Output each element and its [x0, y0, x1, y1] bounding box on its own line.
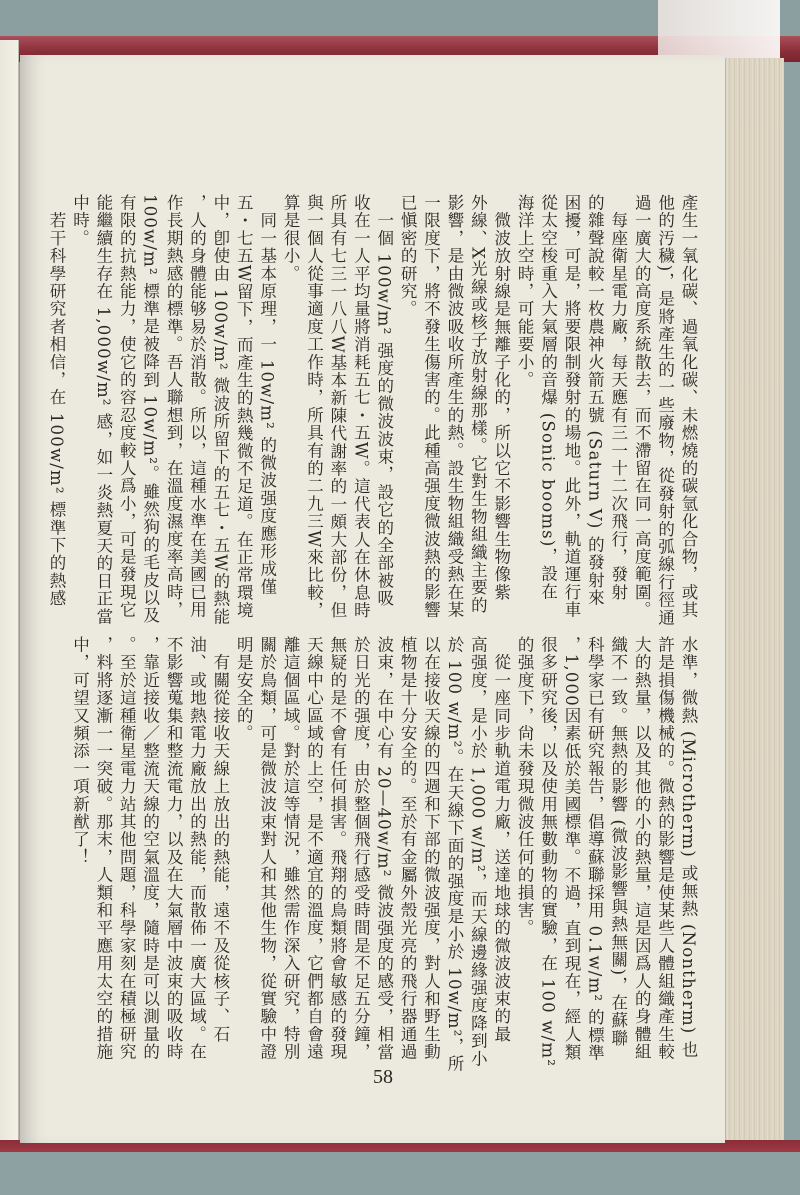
text-column: 產生一氧化碳、過氧化碳、未燃燒的碳氫化合物，或其 [677, 194, 700, 614]
text-column: 於 100 w/m²。在天線下面的强度是小於 10w/m²，所 [443, 636, 466, 1056]
text-column: 一限度下，將不發生傷害的。此種高强度微波熱的影響 [419, 194, 442, 614]
archival-tape [658, 0, 780, 62]
text-column: 織不一致。無熱的影響 (微波影響與熱無關)，在蘇聯 [606, 636, 629, 1056]
text-column: 外線、X光線或核子放射線那樣。它對生物組織主要的 [466, 194, 489, 614]
page-number: 58 [373, 1066, 393, 1089]
text-column: 有限的抗熱能力，使它的容忍度較人爲小，可是發現它 [115, 194, 138, 614]
text-column: 的强度下，尙未發現微波任何的損害。 [513, 636, 536, 1056]
text-column: ，靠近接收／整流天線的空氣溫度，隨時是可以測量的 [138, 636, 161, 1056]
text-column: 的雜聲說較一枚農神火箭五號 (Saturn V) 的發射來 [583, 194, 606, 614]
text-column: 所具有七三一八八W基本新陳代謝率的一頗大部份，但 [326, 194, 349, 614]
text-column: 大的熱量，以及其他的小的熱量，這是因爲人的身體組 [630, 636, 653, 1056]
text-column: 關於鳥類，可是微波波束對人和其他生物，從實驗中證 [255, 636, 278, 1056]
text-column: 波束，在中心有 20—40w/m² 微波强度的感受，相當 [372, 636, 395, 1056]
text-column: 無疑的是不會有任何損害。飛翔的鳥類將會敏感的發現 [326, 636, 349, 1056]
text-column: 很多研究後，以及使用無數動物的實驗，在 100 w/m² [536, 636, 559, 1056]
text-column: ，人的身體能够易於消散。所以，這種水準在美國已用 [185, 194, 208, 614]
text-column: 過一廣大的高度系統散去，而不滯留在同一高度範圍。 [630, 194, 653, 614]
text-column: 已愼密的研究。 [396, 194, 419, 614]
text-column: 從太空梭重入大氣層的音爆 (Sonic booms)，設在 [536, 194, 559, 614]
text-column: 以在接收天線的四週和下部的微波强度，對人和野生動 [419, 636, 442, 1056]
text-column: 科學家已有研究報告，倡導蘇聯採用 0.1w/m² 的標準 [583, 636, 606, 1056]
text-column: 油、或地熱電力廠放出的熱能，而散佈一廣大區域。在 [185, 636, 208, 1056]
facing-page-edge [0, 40, 19, 1140]
text-column: 海洋上空時，可能要小。 [513, 194, 536, 614]
text-column: 一個 100w/m² 强度的微波波束，設它的全部被吸 [372, 194, 395, 614]
text-column: 許是損傷機械的。微熱的影響是使某些人體組織產生較 [653, 636, 676, 1056]
text-column: 他的汚穢)，是將產生的一些廢物，從發射的弧線行徑通 [653, 194, 676, 614]
text-column: 每座衛星電力廠，每天應有三一十二次飛行，發射 [606, 194, 629, 614]
text-column: 若干科學研究者相信，在 100w/m² 標準下的熱感 [45, 194, 68, 614]
backdrop-bottom [0, 1152, 800, 1195]
text-column: 能繼續生存在 1,000w/m² 感，如一炎熱夏天的日正當 [91, 194, 114, 614]
text-column: 不影響蒐集和整流電力，以及在大氣層中波束的吸收時 [162, 636, 185, 1056]
text-column: 100w/m² 標準是被降到 10w/m²。雖然狗的毛皮以及 [138, 194, 161, 614]
text-column: 明是安全的。 [232, 636, 255, 1056]
text-column: 影響，是由微波吸收所產生的熱。設生物組織受熱在某 [443, 194, 466, 614]
text-column: 困擾，可是，將要限制發射的場地。此外，軌道運行車 [560, 194, 583, 614]
text-column: ，料將逐漸一一突破。那末，人類和平應用太空的措施 [91, 636, 114, 1056]
text-column: 中，卽使由 100w/m² 微波所留下的五七・五W的熱能 [208, 194, 231, 614]
text-column: 中，可望又頻添一項新猷了！ [68, 636, 91, 1056]
text-column: 天線中心區域的上空，是不適宜的溫度，它們都自會遠 [302, 636, 325, 1056]
lower-text-section: 水準，微熱 (Microtherm) 或無熱 (Nontherm) 也許是損傷機… [80, 636, 700, 1056]
text-column: 從一座同步軌道電力廠，送達地球的微波波束的最 [489, 636, 512, 1056]
text-column: 算是很小。 [279, 194, 302, 614]
text-column: 於日光的强度，由於整個飛行感受時間是不足五分鐘， [349, 636, 372, 1056]
text-column: 有關從接收天線上放出的熱能，遠不及從核子、石 [208, 636, 231, 1056]
page-block-edges [725, 58, 784, 1140]
text-column: 。至於這種衛星電力站其他問題，科學家刻在積極研究 [115, 636, 138, 1056]
text-column: 收在一人平均量將消耗五七・五W。這代表人在休息時 [349, 194, 372, 614]
text-column: 微波放射線是無離子化的，所以它不影響生物像紫 [489, 194, 512, 614]
text-column: 同一基本原理，一 10w/m² 的微波强度應形成僅 [255, 194, 278, 614]
text-column: 水準，微熱 (Microtherm) 或無熱 (Nontherm) 也 [677, 636, 700, 1056]
text-column: 中時。 [68, 194, 91, 614]
text-column: 植物是十分安全的。至於有金屬外殼光亮的飛行器通過 [396, 636, 419, 1056]
text-column: ，1,000因素低於美國標準。不過，直到現在，經人類 [560, 636, 583, 1056]
text-column: 與一個人從事適度工作時，所具有的二九三W來比較， [302, 194, 325, 614]
text-column: 五・七五W留下，而產生的熱幾微不足道。在正常環境 [232, 194, 255, 614]
upper-text-section: 產生一氧化碳、過氧化碳、未燃燒的碳氫化合物，或其他的汚穢)，是將產生的一些廢物，… [80, 194, 700, 614]
text-column: 離這個區域。對於這等情況，雖然需作深入研究，特別 [279, 636, 302, 1056]
text-column: 作長期熱感的標準。吾人聯想到，在溫度濕度率高時， [162, 194, 185, 614]
text-column: 高强度，是小於 1,000 w/m²，而天線邊緣强度降到小 [466, 636, 489, 1056]
